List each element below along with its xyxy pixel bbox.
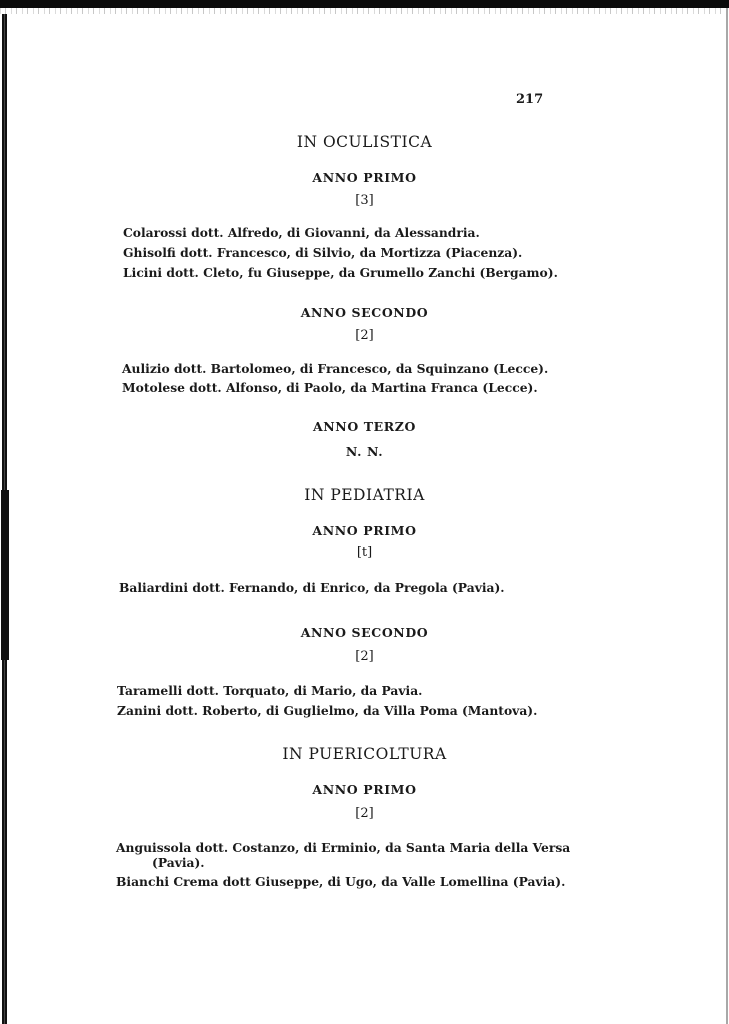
count-pediatria-primo: [t] [0, 545, 729, 560]
entry-bianchi-crema: Bianchi Crema dott Giuseppe, di Ugo, da … [116, 874, 565, 889]
entry-ghisolfi: Ghisolfi dott. Francesco, di Silvio, da … [123, 245, 522, 260]
entry-anguissola-line1: Anguissola dott. Costanzo, di Erminio, d… [116, 840, 570, 855]
entry-anguissola-line2: (Pavia). [116, 855, 570, 870]
entry-baliardini: Baliardini dott. Fernando, di Enrico, da… [119, 580, 505, 595]
year-title-oculistica-primo: ANNO PRIMO [0, 170, 729, 185]
section-title-oculistica: IN OCULISTICA [0, 133, 729, 151]
entry-taramelli: Taramelli dott. Torquato, di Mario, da P… [117, 683, 422, 698]
year-title-pediatria-secondo: ANNO SECONDO [0, 625, 729, 640]
count-oculistica-secondo: [2] [0, 328, 729, 343]
count-pediatria-secondo: [2] [0, 649, 729, 664]
scan-top-border [0, 0, 729, 8]
entry-motolese: Motolese dott. Alfonso, di Paolo, da Mar… [122, 380, 538, 395]
year-title-pediatria-primo: ANNO PRIMO [0, 523, 729, 538]
entry-anguissola: Anguissola dott. Costanzo, di Erminio, d… [116, 840, 570, 870]
entry-aulizio: Aulizio dott. Bartolomeo, di Francesco, … [122, 361, 548, 376]
count-oculistica-terzo: N. N. [0, 444, 729, 459]
entry-licini: Licini dott. Cleto, fu Giuseppe, da Grum… [123, 265, 558, 280]
count-oculistica-primo: [3] [0, 193, 729, 208]
count-puericoltura-primo: [2] [0, 806, 729, 821]
entry-zanini: Zanini dott. Roberto, di Guglielmo, da V… [117, 703, 537, 718]
entry-colarossi: Colarossi dott. Alfredo, di Giovanni, da… [123, 225, 480, 240]
section-title-puericoltura: IN PUERICOLTURA [0, 745, 729, 763]
year-title-puericoltura-primo: ANNO PRIMO [0, 782, 729, 797]
scan-top-noise [0, 8, 729, 14]
page-number: 217 [516, 92, 543, 107]
year-title-oculistica-terzo: ANNO TERZO [0, 419, 729, 434]
scan-right-edge [726, 8, 728, 1024]
section-title-pediatria: IN PEDIATRIA [0, 486, 729, 504]
year-title-oculistica-secondo: ANNO SECONDO [0, 305, 729, 320]
